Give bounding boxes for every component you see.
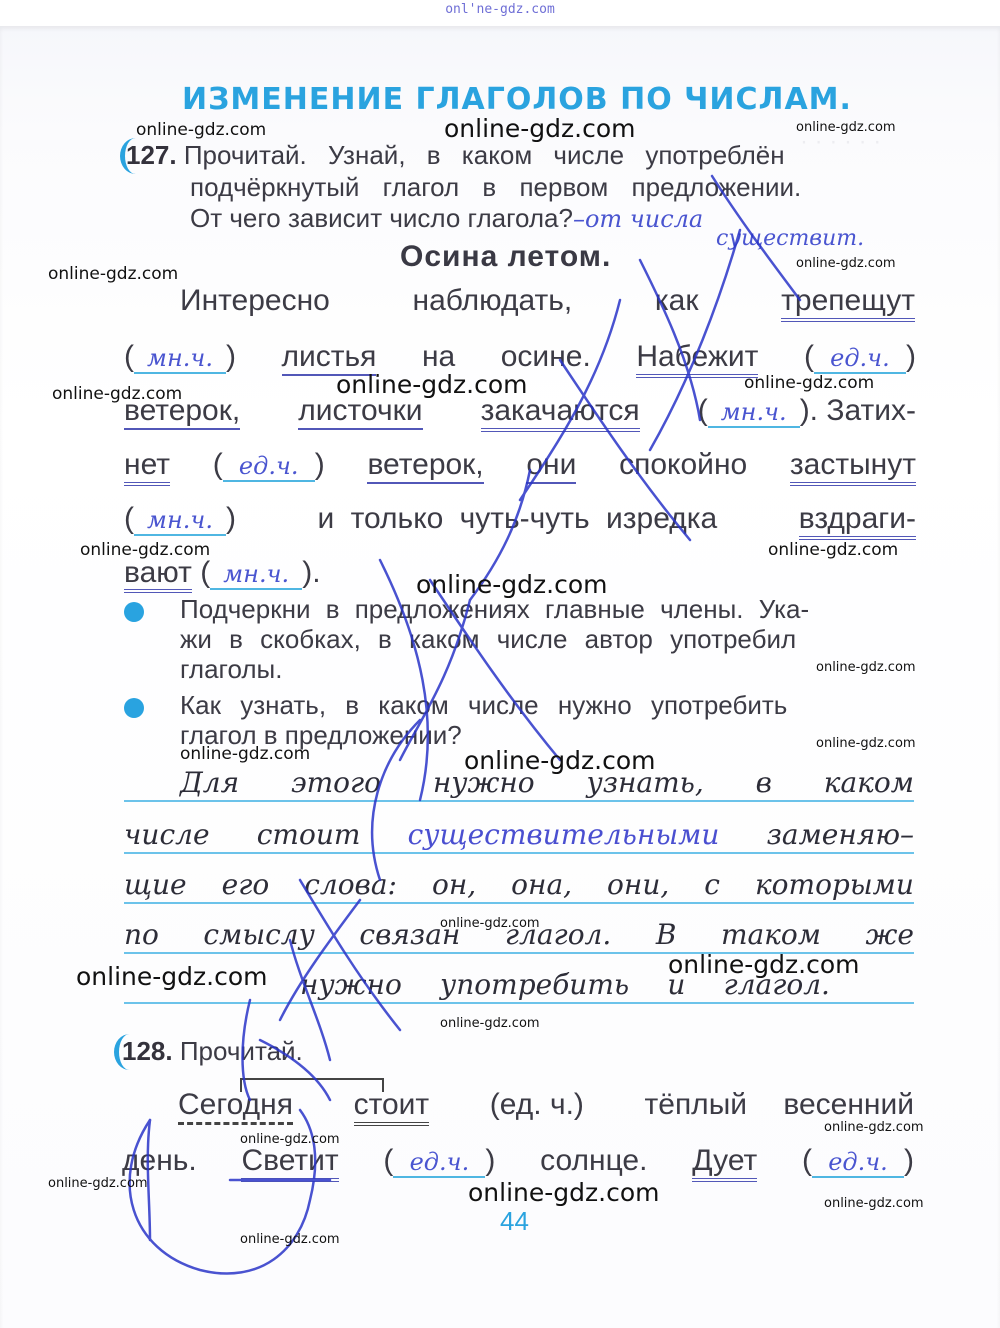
exercise-number: 127. (126, 140, 177, 170)
underlined-subject: листочки (298, 394, 422, 430)
answer-blank[interactable]: ед.ч. (393, 1148, 485, 1178)
ruled-line (124, 800, 914, 802)
watermark: online-gdz.com (440, 1016, 540, 1031)
underlined-verb: нет (124, 448, 170, 486)
answer-bracket: (ед.ч.) (802, 1144, 914, 1178)
handwritten-answer-line-2[interactable]: числестоитсуществительнымизаменяю– (124, 818, 914, 851)
watermark: online-gdz.com (48, 264, 178, 284)
watermark: online-gdz.com (416, 570, 607, 599)
exercise-127-task-line-2: подчёркнутый глагол в первом предложении… (190, 172, 801, 203)
watermark: online-gdz.com (440, 916, 540, 931)
task-text: Прочитай. (180, 1036, 303, 1066)
section-title: ИЗМЕНЕНИЕ ГЛАГОЛОВ ПО ЧИСЛАМ. (182, 82, 862, 117)
bullet-1-line-2: жи в скобках, в каком числе автор употре… (180, 624, 796, 655)
exercise-number: 128. (122, 1036, 173, 1066)
watermark: online-gdz.com (816, 736, 916, 751)
text-line-3: ветерок, листочки закачаются (мн.ч.). За… (124, 394, 916, 432)
bullet-1-line-3: глаголы. (180, 654, 282, 685)
watermark: online-gdz.com (48, 1176, 148, 1191)
answer-bracket: (мн.ч.) (124, 340, 236, 374)
watermark: online-gdz.com (744, 373, 874, 393)
exercise-127-task-line-3: От чего зависит число глагола?–от числа (190, 203, 703, 234)
watermark: online-gdz.com (464, 746, 655, 775)
answer-bracket: (мн.ч.). Затих- (698, 394, 916, 428)
ruled-line (124, 1002, 914, 1004)
underlined-verb: стоит (354, 1088, 430, 1126)
word: солнце. (540, 1144, 647, 1178)
handwritten-answer-line-3[interactable]: щиеегослова:он,она,они,скоторыми (124, 868, 914, 901)
bullet-icon (124, 698, 144, 718)
word: на (422, 340, 455, 374)
text-line-6: вают (мн.ч.). (124, 556, 321, 590)
ex128-line-2: день. Светит (ед.ч.) солнце. Дует (ед.ч.… (122, 1144, 914, 1182)
word: тёплый весенний (645, 1088, 914, 1122)
underlined-subject: ветерок, (367, 448, 483, 484)
underlined-verb: закачаются (481, 394, 640, 432)
text-line-1: Интересно наблюдать, как трепещут (180, 284, 915, 322)
word: как (655, 284, 699, 322)
bullet-icon (124, 602, 144, 622)
task-text: Прочитай. Узнай, в каком числе употреблё… (184, 140, 785, 170)
watermark: online-gdz.com (816, 660, 916, 675)
answer-blank[interactable]: мн.ч. (210, 560, 302, 590)
watermark: online-gdz.com (768, 540, 898, 560)
watermark: online-gdz.com (180, 744, 310, 764)
exercise-128-task: 128. Прочитай. (122, 1036, 303, 1067)
answer-blank[interactable]: ед.ч. (812, 1148, 904, 1178)
handwritten-answer-1: –от числа (573, 205, 703, 233)
ex128-line-1: Сегодня стоит (ед. ч.) тёплый весенний (178, 1088, 914, 1126)
watermark: online-gdz.com (468, 1178, 659, 1207)
underlined-verb: трепещут (781, 284, 915, 322)
word: ). Затих- (800, 394, 916, 427)
watermark: online-gdz.com (444, 114, 635, 143)
answer-bracket: (ед.ч.) (383, 1144, 495, 1178)
watermark: online-gdz.com (796, 120, 896, 135)
answer-blank[interactable]: мн.ч. (134, 344, 226, 374)
underlined-verb: Набежит (636, 340, 758, 378)
underlined-verb: Дует (692, 1144, 757, 1182)
text-title: Осина летом. (400, 240, 611, 274)
word: Интересно (180, 284, 330, 322)
watermark: online-gdz.com (52, 384, 182, 404)
word: день. (122, 1144, 197, 1178)
text-line-4: нет (ед.ч.) ветерок, они спокойно застын… (124, 448, 916, 486)
word: и только чуть-чуть изредка (318, 502, 718, 536)
word: наблюдать, (413, 284, 573, 322)
underlined-adverb: Сегодня (178, 1088, 293, 1125)
answer-blank[interactable]: мн.ч. (708, 398, 800, 428)
word: осине. (501, 340, 591, 374)
watermark: online-gdz.com (824, 1120, 924, 1135)
task-text: От чего зависит число глагола? (190, 203, 573, 233)
underlined-verb: Светит (241, 1144, 338, 1182)
watermark: online-gdz.com (136, 120, 266, 140)
watermark: online-gdz.com (76, 962, 267, 991)
watermark: online-gdz.com (240, 1232, 340, 1247)
number-hint: (ед. ч.) (490, 1088, 584, 1122)
exercise-127-task-line-1: 127. Прочитай. Узнай, в каком числе упот… (126, 140, 785, 171)
bullet-2-line-1: Как узнать, в каком числе нужно употреби… (180, 690, 787, 721)
answer-blank[interactable]: ед.ч. (223, 452, 315, 482)
underlined-verb: вают (124, 556, 192, 593)
underlined-verb: застынут (790, 448, 916, 486)
ruled-line (124, 852, 914, 854)
ruled-line (124, 902, 914, 904)
word: спокойно (619, 448, 747, 482)
answer-blank[interactable]: ед.ч. (814, 344, 906, 374)
answer-bracket: (ед.ч.) (804, 340, 916, 374)
top-watermark-url: onl'ne-gdz.com (0, 2, 1000, 17)
watermark: online-gdz.com (240, 1132, 340, 1147)
text-line-5: (мн.ч.) и только чуть-чуть изредка вздра… (124, 502, 916, 540)
answer-blank[interactable]: мн.ч. (134, 506, 226, 536)
handwritten-answer-2: существит. (716, 226, 864, 251)
watermark: online-gdz.com (824, 1196, 924, 1211)
watermark: online-gdz.com (668, 950, 859, 979)
answer-bracket: (ед.ч.) (213, 448, 325, 482)
watermark: online-gdz.com (796, 256, 896, 271)
watermark: online-gdz.com (336, 370, 527, 399)
answer-bracket: (мн.ч.) (124, 502, 236, 536)
underlined-verb: вздраги- (799, 502, 916, 540)
underlined-subject: они (526, 448, 576, 484)
page-number: 44 (500, 1206, 529, 1237)
watermark: online-gdz.com (80, 540, 210, 560)
answer-bracket: (мн.ч.). (200, 556, 320, 589)
